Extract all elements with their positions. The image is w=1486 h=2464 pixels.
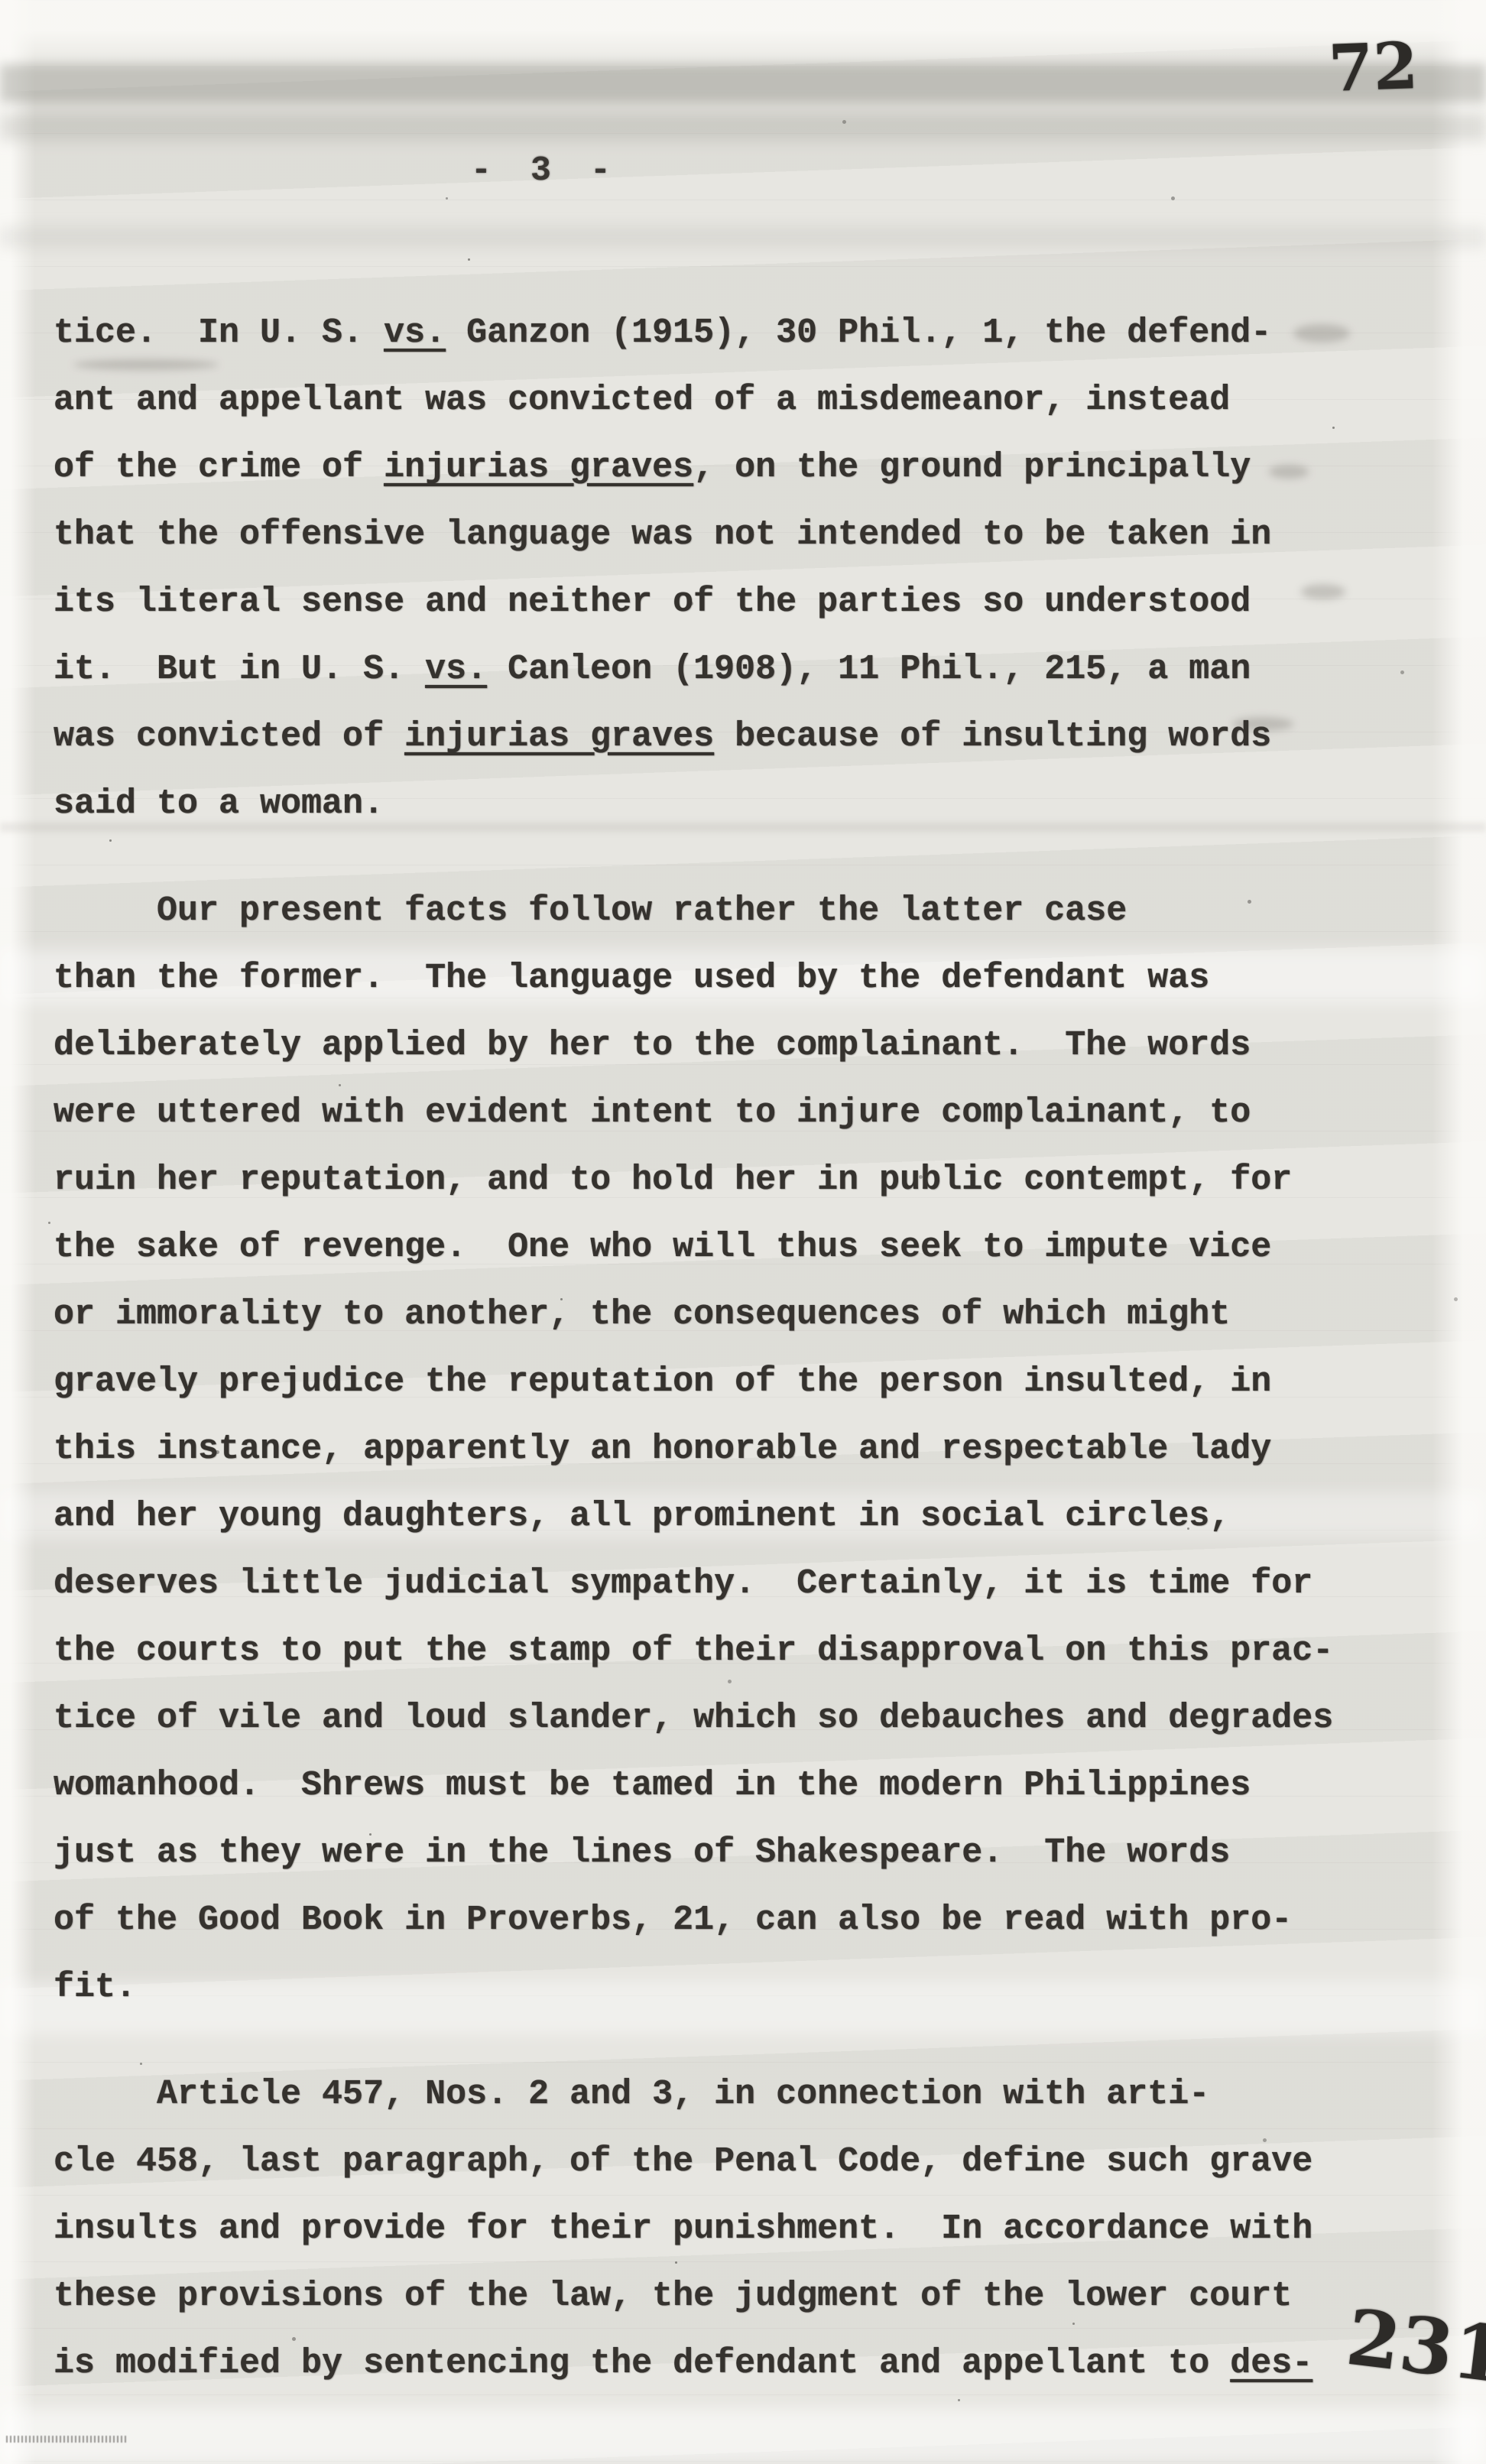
scanned-document-page: 72 - 3 - tice. In U. S. vs. Ganzon (1915…	[0, 0, 1486, 2464]
text-line: deliberately applied by her to the compl…	[54, 1012, 1437, 1079]
text-segment: were uttered with evident intent to inju…	[54, 1093, 1251, 1132]
text-line: tice. In U. S. vs. Ganzon (1915), 30 Phi…	[54, 300, 1437, 367]
text-line: the courts to put the stamp of their dis…	[54, 1618, 1437, 1685]
text-line: its literal sense and neither of the par…	[54, 569, 1437, 636]
text-line: insults and provide for their punishment…	[54, 2196, 1437, 2263]
underlined-text: injurias graves	[404, 717, 714, 756]
document-text: tice. In U. S. vs. Ganzon (1915), 30 Phi…	[54, 300, 1437, 2437]
text-segment: the courts to put the stamp of their dis…	[54, 1631, 1333, 1670]
underlined-text: vs.	[384, 313, 446, 352]
text-line: just as they were in the lines of Shakes…	[54, 1820, 1437, 1887]
text-segment: its literal sense and neither of the par…	[54, 583, 1251, 622]
text-segment: it. But in U. S.	[54, 650, 425, 689]
scan-band	[0, 64, 1486, 102]
text-segment: cle 458, last paragraph, of the Penal Co…	[54, 2142, 1312, 2181]
text-line: ant and appellant was convicted of a mis…	[54, 367, 1437, 434]
text-line: is modified by sentencing the defendant …	[54, 2330, 1437, 2397]
text-line: these provisions of the law, the judgmen…	[54, 2263, 1437, 2330]
text-segment: than the former. The language used by th…	[54, 959, 1209, 998]
text-segment: tice. In U. S.	[54, 313, 384, 352]
text-line: deserves little judicial sympathy. Certa…	[54, 1550, 1437, 1618]
microfilm-edge-mark	[6, 2436, 128, 2443]
scan-band	[0, 226, 1486, 248]
text-segment: the sake of revenge. One who will thus s…	[54, 1228, 1271, 1267]
paragraph: Article 457, Nos. 2 and 3, in connection…	[54, 2061, 1437, 2397]
paragraph: Our present facts follow rather the latt…	[54, 878, 1437, 2021]
text-line: Our present facts follow rather the latt…	[54, 878, 1437, 945]
text-line: fit.	[54, 1954, 1437, 2021]
text-segment: because of insulting words	[714, 717, 1271, 756]
text-segment: that the offensive language was not inte…	[54, 515, 1271, 554]
text-line: it. But in U. S. vs. Canleon (1908), 11 …	[54, 636, 1437, 703]
underlined-text: des-	[1230, 2344, 1312, 2383]
text-line: of the Good Book in Proverbs, 21, can al…	[54, 1887, 1437, 1954]
text-segment: , on the ground principally	[693, 448, 1251, 487]
text-line: Article 457, Nos. 2 and 3, in connection…	[54, 2061, 1437, 2128]
page-number: - 3 -	[471, 151, 620, 190]
text-segment: this instance, apparently an honorable a…	[54, 1430, 1271, 1469]
text-line: tice of vile and loud slander, which so …	[54, 1685, 1437, 1752]
text-segment: said to a woman.	[54, 784, 384, 823]
handwritten-folio-number-top: 72	[1327, 28, 1419, 106]
paragraph: tice. In U. S. vs. Ganzon (1915), 30 Phi…	[54, 300, 1437, 838]
paper-specks	[0, 0, 2, 2]
text-line: this instance, apparently an honorable a…	[54, 1416, 1437, 1483]
text-line: said to a woman.	[54, 771, 1437, 838]
text-segment: gravely prejudice the reputation of the …	[54, 1362, 1271, 1401]
text-line: gravely prejudice the reputation of the …	[54, 1349, 1437, 1416]
text-line: womanhood. Shrews must be tamed in the m…	[54, 1752, 1437, 1820]
text-line: ruin her reputation, and to hold her in …	[54, 1147, 1437, 1214]
text-segment: and her young daughters, all prominent i…	[54, 1497, 1230, 1536]
text-segment: ruin her reputation, and to hold her in …	[54, 1161, 1292, 1200]
text-segment: just as they were in the lines of Shakes…	[54, 1833, 1230, 1872]
text-segment: ant and appellant was convicted of a mis…	[54, 381, 1230, 420]
text-segment: tice of vile and loud slander, which so …	[54, 1699, 1333, 1738]
text-line: that the offensive language was not inte…	[54, 502, 1437, 569]
text-segment: Canleon (1908), 11 Phil., 215, a man	[487, 650, 1251, 689]
text-segment: Article 457, Nos. 2 and 3, in connection…	[54, 2075, 1209, 2114]
text-line: than the former. The language used by th…	[54, 945, 1437, 1012]
text-line: were uttered with evident intent to inju…	[54, 1079, 1437, 1147]
text-segment: is modified by sentencing the defendant …	[54, 2344, 1230, 2383]
underlined-text: vs.	[425, 650, 487, 689]
text-segment: Our present facts follow rather the latt…	[54, 891, 1127, 930]
scan-band	[0, 113, 1486, 141]
text-line: cle 458, last paragraph, of the Penal Co…	[54, 2128, 1437, 2196]
text-segment: of the Good Book in Proverbs, 21, can al…	[54, 1901, 1292, 1940]
text-segment: Ganzon (1915), 30 Phil., 1, the defend-	[446, 313, 1271, 352]
text-line: was convicted of injurias graves because…	[54, 703, 1437, 771]
text-segment: fit.	[54, 1968, 136, 2007]
text-segment: or immorality to another, the consequenc…	[54, 1295, 1230, 1334]
text-line: the sake of revenge. One who will thus s…	[54, 1214, 1437, 1281]
text-segment: these provisions of the law, the judgmen…	[54, 2277, 1292, 2316]
text-segment: of the crime of	[54, 448, 384, 487]
underlined-text: injurias graves	[384, 448, 693, 487]
text-segment: womanhood. Shrews must be tamed in the m…	[54, 1766, 1251, 1805]
text-segment: deliberately applied by her to the compl…	[54, 1026, 1251, 1065]
text-segment: deserves little judicial sympathy. Certa…	[54, 1564, 1312, 1603]
text-line: of the crime of injurias graves, on the …	[54, 434, 1437, 502]
text-segment: was convicted of	[54, 717, 404, 756]
text-line: and her young daughters, all prominent i…	[54, 1483, 1437, 1550]
text-segment: insults and provide for their punishment…	[54, 2209, 1312, 2248]
text-line: or immorality to another, the consequenc…	[54, 1281, 1437, 1349]
